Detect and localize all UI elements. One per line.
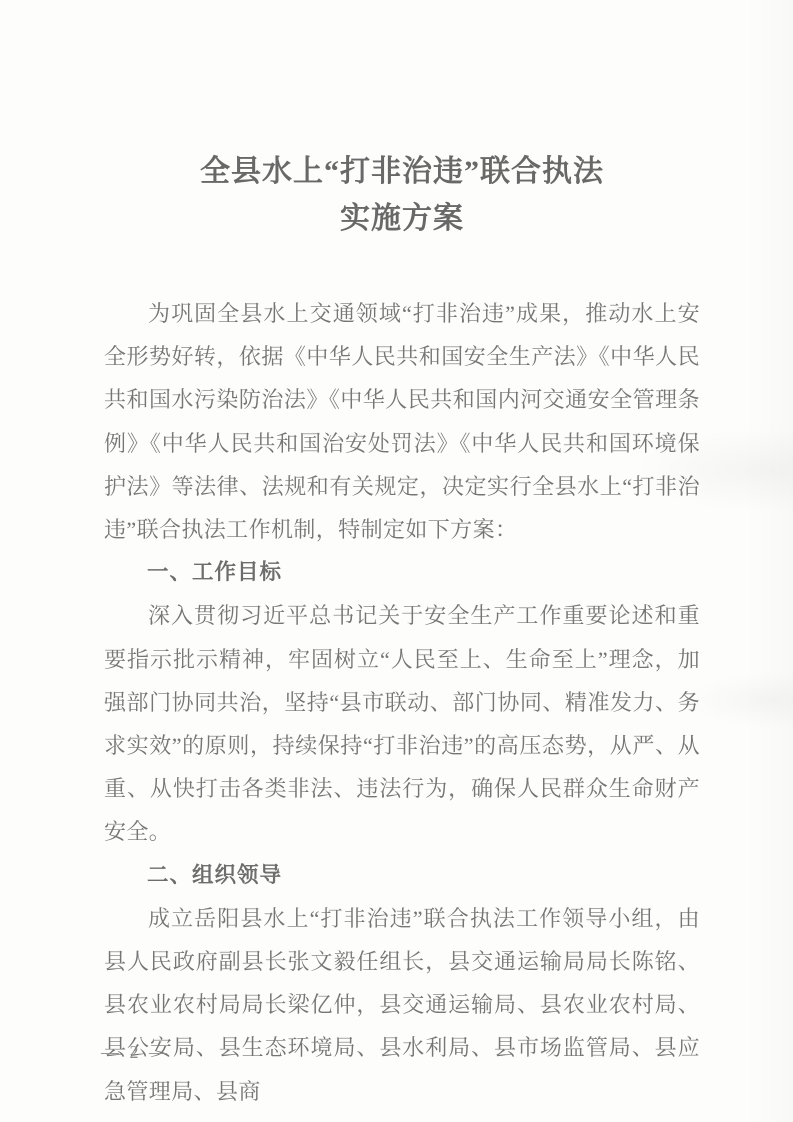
document-page: 全县水上“打非治违”联合执法 实施方案 为巩固全县水上交通领域“打非治违”成果，… <box>0 0 793 1122</box>
document-title: 全县水上“打非治违”联合执法 实施方案 <box>104 148 700 242</box>
page-number: — 2 — <box>101 1042 170 1063</box>
section-heading-organization-leadership: 二、组织领导 <box>104 854 700 897</box>
paragraph-preamble: 为巩固全县水上交通领域“打非治违”成果，推动水上安全形势好转，依据《中华人民共和… <box>104 292 700 551</box>
title-line-1: 全县水上“打非治违”联合执法 <box>104 148 700 195</box>
paragraph-work-goals: 深入贯彻习近平总书记关于安全生产工作重要论述和重要指示批示精神，牢固树立“人民至… <box>104 594 700 853</box>
section-heading-work-goals: 一、工作目标 <box>104 551 700 594</box>
document-content: 全县水上“打非治违”联合执法 实施方案 为巩固全县水上交通领域“打非治违”成果，… <box>104 148 700 1113</box>
paragraph-organization-leadership: 成立岳阳县水上“打非治违”联合执法工作领导小组，由县人民政府副县长张文毅任组长，… <box>104 897 700 1113</box>
title-line-2: 实施方案 <box>104 195 700 242</box>
